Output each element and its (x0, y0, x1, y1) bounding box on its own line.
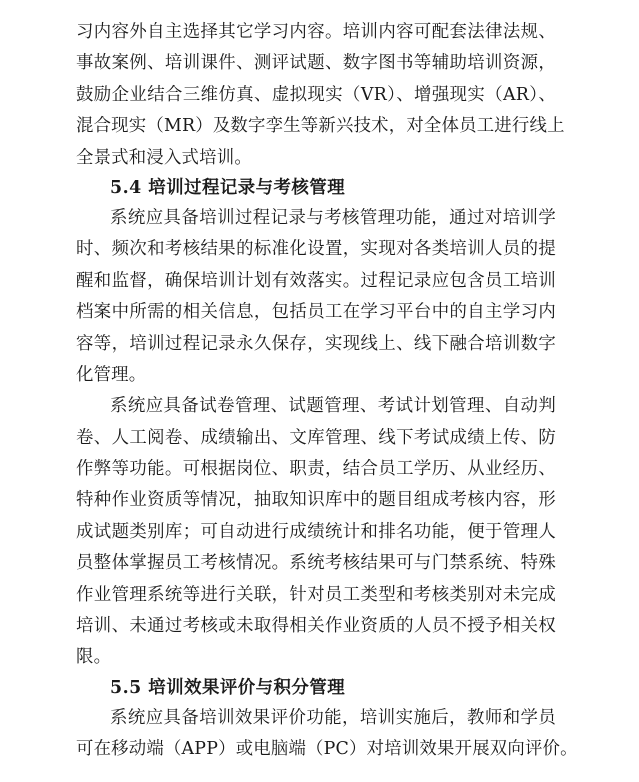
text-line: 混合现实（MR）及数字孪生等新兴技术，对全体员工进行线上 (76, 111, 556, 142)
text-line: 可在移动端（APP）或电脑端（PC）对培训效果开展双向评价。 (76, 734, 556, 765)
text-line: 醒和监督，确保培训计划有效落实。过程记录应包含员工培训 (76, 266, 556, 297)
text-line: 系统应具备培训过程记录与考核管理功能，通过对培训学 (76, 203, 556, 234)
text-line: 档案中所需的相关信息，包括员工在学习平台中的自主学习内 (76, 297, 556, 328)
section-5-5-paragraph-1: 系统应具备培训效果评价功能，培训实施后，教师和学员 可在移动端（APP）或电脑端… (76, 703, 556, 766)
text-line: 限。 (76, 642, 556, 673)
text-line: 全景式和浸入式培训。 (76, 143, 556, 174)
text-line: 鼓励企业结合三维仿真、虚拟现实（VR）、增强现实（AR）、 (76, 80, 556, 111)
text-line: 作业管理系统等进行关联，针对员工类型和考核类别对未完成 (76, 580, 556, 611)
text-line: 时、频次和考核结果的标准化设置，实现对各类培训人员的提 (76, 234, 556, 265)
text-line: 系统应具备培训效果评价功能，培训实施后，教师和学员 (76, 703, 556, 734)
text-line: 事故案例、培训课件、测评试题、数字图书等辅助培训资源， (76, 48, 556, 79)
text-line: 作弊等功能。可根据岗位、职责，结合员工学历、从业经历、 (76, 454, 556, 485)
text-line: 成试题类别库；可自动进行成绩统计和排名功能，便于管理人 (76, 517, 556, 548)
text-line: 员整体掌握员工考核情况。系统考核结果可与门禁系统、特殊 (76, 548, 556, 579)
text-line: 化管理。 (76, 360, 556, 391)
text-line: 习内容外自主选择其它学习内容。培训内容可配套法律法规、 (76, 17, 556, 48)
text-line: 容等，培训过程记录永久保存，实现线上、线下融合培训数字 (76, 329, 556, 360)
section-heading-5-5: 5.5 培训效果评价与积分管理 (76, 674, 556, 703)
document-page: 习内容外自主选择其它学习内容。培训内容可配套法律法规、 事故案例、培训课件、测评… (76, 17, 556, 766)
text-line: 培训、未通过考核或未取得相关作业资质的人员不授予相关权 (76, 611, 556, 642)
section-heading-5-4: 5.4 培训过程记录与考核管理 (76, 174, 556, 203)
section-5-4-paragraph-2: 系统应具备试卷管理、试题管理、考试计划管理、自动判 卷、人工阅卷、成绩输出、文库… (76, 391, 556, 674)
paragraph-continued: 习内容外自主选择其它学习内容。培训内容可配套法律法规、 事故案例、培训课件、测评… (76, 17, 556, 174)
text-line: 系统应具备试卷管理、试题管理、考试计划管理、自动判 (76, 391, 556, 422)
text-line: 卷、人工阅卷、成绩输出、文库管理、线下考试成绩上传、防 (76, 423, 556, 454)
section-5-4-paragraph-1: 系统应具备培训过程记录与考核管理功能，通过对培训学 时、频次和考核结果的标准化设… (76, 203, 556, 391)
text-line: 特种作业资质等情况，抽取知识库中的题目组成考核内容，形 (76, 485, 556, 516)
